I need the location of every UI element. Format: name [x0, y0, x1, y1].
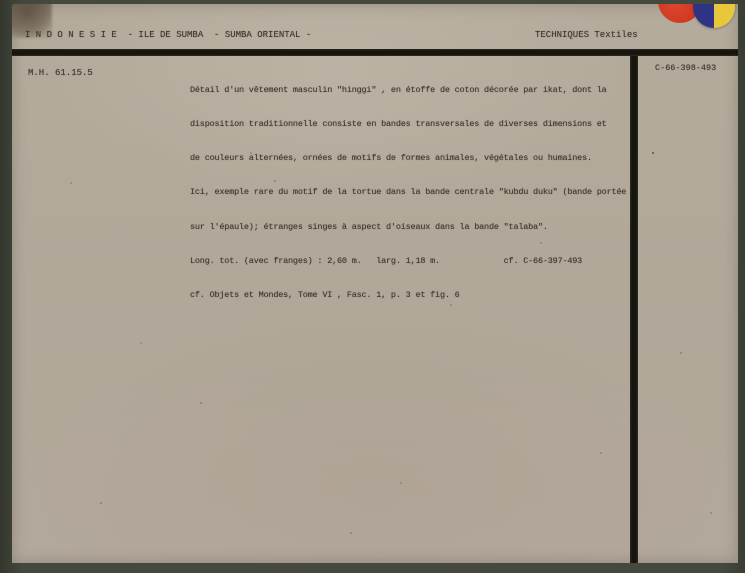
- scanned-catalog-card: I N D O N E S I E - ILE DE SUMBA - SUMBA…: [0, 0, 745, 573]
- description-line: disposition traditionnelle consiste en b…: [190, 119, 626, 130]
- paper-specks: [12, 4, 14, 6]
- description-line: Détail d'un vêtement masculin "hinggi" ,…: [190, 85, 626, 96]
- inventory-number: M.H. 61.15.5: [28, 68, 93, 78]
- bibliography-line: cf. Objets et Mondes, Tome VI , Fasc. 1,…: [190, 290, 626, 301]
- horizontal-rule: [12, 49, 738, 56]
- description-line: sur l'épaule); étranges singes à aspect …: [190, 222, 626, 233]
- vertical-rule: [630, 56, 638, 563]
- description-line: Ici, exemple rare du motif de la tortue …: [190, 187, 626, 198]
- blue-yellow-color-mark-icon: [693, 4, 735, 28]
- dimensions-line: Long. tot. (avec franges) : 2,60 m. larg…: [190, 256, 626, 267]
- index-card: I N D O N E S I E - ILE DE SUMBA - SUMBA…: [12, 4, 738, 563]
- description-line: de couleurs alternées, ornées de motifs …: [190, 153, 626, 164]
- region-title: I N D O N E S I E - ILE DE SUMBA - SUMBA…: [25, 30, 311, 40]
- category-label: TECHNIQUES Textiles: [535, 30, 638, 40]
- photo-number: C-66-398-493: [655, 63, 716, 73]
- description-text: Détail d'un vêtement masculin "hinggi" ,…: [190, 62, 626, 324]
